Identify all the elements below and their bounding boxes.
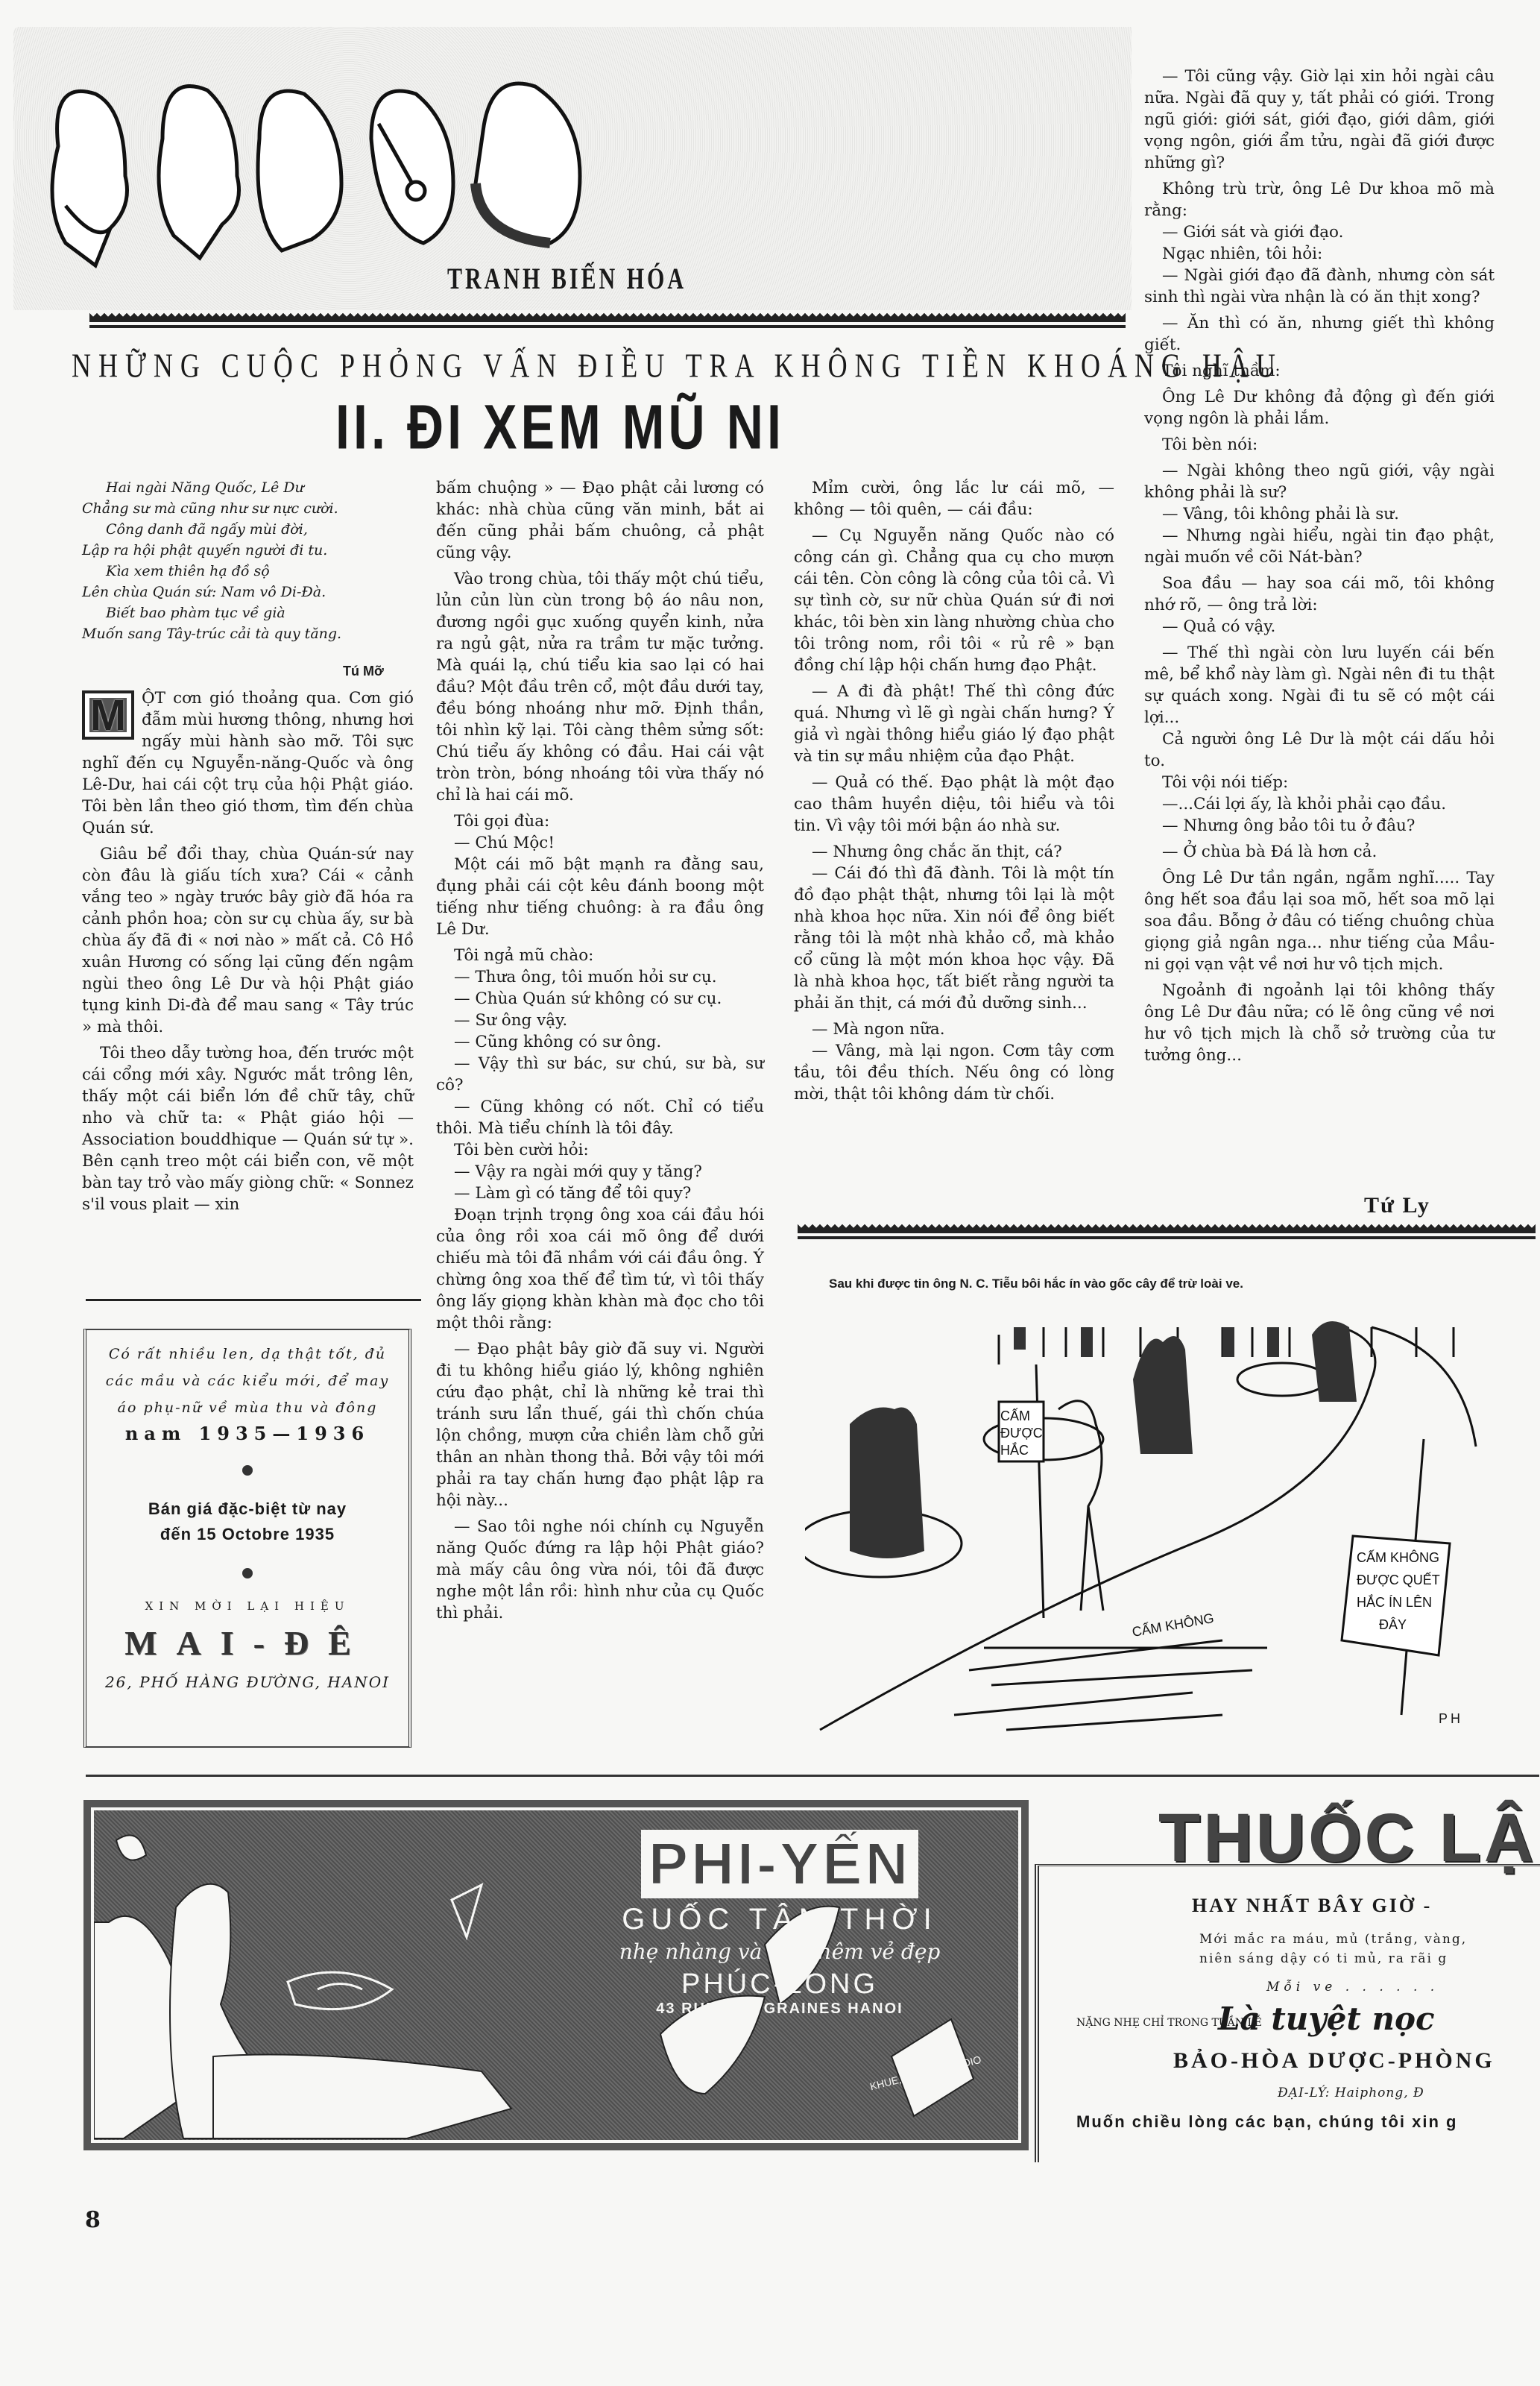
paragraph: Tôi bèn nói: <box>1144 434 1495 456</box>
ad-description: niên sáng dậy có ti mủ, ra rãi g <box>1199 1951 1448 1966</box>
dialogue-line: — Ở chùa bà Đá là hơn cả. <box>1144 841 1495 863</box>
dialogue-line: — A đi đà phật! Thế thì công đức quá. Nh… <box>794 681 1114 767</box>
ad-address: 43 RUE DES GRAINES HANOI <box>571 2001 988 2018</box>
svg-text:HẮC ÍN LÊN: HẮC ÍN LÊN <box>1357 1594 1432 1610</box>
paragraph: Tôi theo dẫy tường hoa, đến trước một cá… <box>82 1042 414 1215</box>
paragraph: Giâu bể đổi thay, chùa Quán-sứ nay còn đ… <box>82 843 414 1038</box>
advertisement-phi-yen: PHI-YẾN GUỐC TÂN THỜI nhẹ nhàng và tôn t… <box>83 1800 1029 2150</box>
dialogue-line: — Vâng, mà lại ngon. Cơm tây cơm tầu, tô… <box>794 1040 1114 1105</box>
poem-line: Biết bao phàm tục về già <box>82 602 403 623</box>
poem-line: Hai ngài Năng Quốc, Lê Dư <box>82 477 403 498</box>
paragraph: Vào trong chùa, tôi thấy một chú tiểu, l… <box>436 568 764 806</box>
article-column-3: Mỉm cười, ông lắc lư cái mõ, — không — t… <box>794 477 1114 1109</box>
paragraph: Không trù trừ, ông Lê Dư khoa mõ mà rằng… <box>1144 178 1495 221</box>
ornament-icon <box>242 1568 253 1578</box>
epigraph-poem: Hai ngài Năng Quốc, Lê Dư Chẳng sư mà cũ… <box>82 477 403 644</box>
page-number: 8 <box>85 2207 101 2233</box>
paragraph: Ngạc nhiên, tôi hỏi: <box>1144 243 1495 265</box>
ad-shop-name: PHÚC-LONG <box>571 1968 988 2001</box>
paragraph: Cả người ông Lê Dư là một cái dấu hỏi to… <box>1144 728 1495 772</box>
paragraph: Đoạn trịnh trọng ông xoa cái đầu hói của… <box>436 1204 764 1334</box>
ad-description: Mới mắc ra máu, mủ (trắng, vàng, <box>1199 1932 1467 1947</box>
poem-author: Tú Mỡ <box>343 664 384 679</box>
dialogue-line: —...Cái lợi ấy, là khỏi phải cạo đầu. <box>1144 793 1495 815</box>
paragraph: Mỉm cười, ông lắc lư cái mõ, — không — t… <box>794 477 1114 520</box>
paragraph: Ông Lê Dư không đả động gì đến giới vọng… <box>1144 386 1495 429</box>
drop-cap: M <box>82 690 134 740</box>
dialogue-line: — Quả có thế. Đạo phật là một đạo cao th… <box>794 772 1114 837</box>
svg-text:ĐƯỢC QUẾT: ĐƯỢC QUẾT <box>1357 1572 1440 1587</box>
paragraph: Tôi gọi đùa: <box>436 810 764 832</box>
dialogue-line: — Làm gì có tăng để tôi quy? <box>436 1183 764 1204</box>
decorative-zigzag-rule <box>798 1223 1536 1233</box>
dialogue-line: — Tôi cũng vậy. Giờ lại xin hỏi ngài câu… <box>1144 66 1495 174</box>
ad-slogan: Là tuyệt nọc <box>1218 2001 1435 2037</box>
dialogue-line: — Sư ông vậy. <box>436 1010 764 1031</box>
hat-transformation-drawing <box>13 57 1132 295</box>
paragraph: Tôi bèn cười hỏi: <box>436 1139 764 1161</box>
divider <box>798 1236 1536 1239</box>
dialogue-line: — Chùa Quán sứ không có sư cụ. <box>436 988 764 1010</box>
ad-text-block: PHI-YẾN GUỐC TÂN THỜI nhẹ nhàng và tôn t… <box>571 1830 988 2018</box>
paragraph: Ông Lê Dư tần ngần, ngẫm nghĩ..... Tay ô… <box>1144 867 1495 975</box>
article-column-2: bấm chuộng » — Đạo phật cải lương có khá… <box>436 477 764 1628</box>
dialogue-line: — Nhưng ông chắc ăn thịt, cá? <box>794 841 1114 863</box>
cartoon-signature: PH <box>1439 1711 1463 1727</box>
dialogue-line: — Sao tôi nghe nói chính cụ Nguyễn năng … <box>436 1516 764 1624</box>
dialogue-line: — Thế thì ngài còn lưu luyến cái bến mê,… <box>1144 642 1495 728</box>
paragraph: bấm chuộng » — Đạo phật cải lương có khá… <box>436 477 764 564</box>
ad-brand-name: MAI-ĐÊ <box>86 1623 408 1663</box>
paragraph: Tôi nghĩ thầm: <box>1144 360 1495 382</box>
paragraph: Tôi ngả mũ chào: <box>436 945 764 966</box>
ad-frame: PHI-YẾN GUỐC TÂN THỜI nhẹ nhàng và tôn t… <box>91 1807 1021 2143</box>
svg-text:ĐƯỢC: ĐƯỢC <box>1000 1426 1043 1441</box>
banner-caption: TRANH BIẾN HÓA <box>447 262 687 297</box>
ad-sale-line: đến 15 Octobre 1935 <box>86 1522 408 1547</box>
dialogue-line: — Đạo phật bây giờ đã suy vi. Người đi t… <box>436 1338 764 1511</box>
divider <box>89 325 1126 328</box>
sign-text: CẤM <box>1000 1408 1030 1423</box>
dialogue-line: — Mà ngon nữa. <box>794 1019 1114 1040</box>
dialogue-line: — Ngài không theo ngũ giới, vậy ngài khô… <box>1144 460 1495 503</box>
ornament-icon <box>242 1465 253 1476</box>
dialogue-line: — Giới sát và giới đạo. <box>1144 221 1495 243</box>
poem-line: Chẳng sư mà cũng như sư nực cười. <box>82 498 403 519</box>
dialogue-line: — Vậy ra ngài mới quy y tăng? <box>436 1161 764 1183</box>
ad-title: THUỐC LẬU <box>1158 1799 1540 1877</box>
paragraph: Một cái mõ bật mạnh ra đằng sau, đụng ph… <box>436 854 764 940</box>
ad-footer: Muốn chiều lòng các bạn, chúng tôi xin g <box>1076 2112 1457 2132</box>
dialogue-line: — Vâng, tôi không phải là sư. <box>1144 503 1495 525</box>
cartoon-caption: Sau khi được tin ông N. C. Tiễu bôi hắc … <box>829 1277 1243 1291</box>
paragraph: Ngoảnh đi ngoảnh lại tôi không thấy ông … <box>1144 980 1495 1066</box>
cartoon-illustration: CẤM ĐƯỢC HẮC CẤM KHÔNG ĐƯỢC QUẾT HẮC ÍN … <box>805 1297 1536 1745</box>
series-title: NHỮNG CUỘC PHỎNG VẤN ĐIỀU TRA KHÔNG TIỀN… <box>72 346 1130 385</box>
ad-years: nam 1935—1936 <box>86 1423 408 1444</box>
dialogue-line: — Cũng không có sư ông. <box>436 1031 764 1053</box>
dialogue-line: — Chú Mộc! <box>436 832 764 854</box>
ad-price-line: Mỗi ve . . . . . . <box>1266 1980 1439 1995</box>
article-byline: Tứ Ly <box>1364 1193 1430 1218</box>
paragraph: Tôi vội nói tiếp: <box>1144 772 1495 793</box>
dialogue-line: — Ăn thì có ăn, nhưng giết thì không giế… <box>1144 312 1495 356</box>
decorative-zigzag-rule <box>89 312 1126 322</box>
dialogue-line: — Quả có vậy. <box>1144 616 1495 638</box>
svg-text:CẤM KHÔNG: CẤM KHÔNG <box>1357 1549 1439 1565</box>
ad-subtitle: GUỐC TÂN THỜI <box>571 1903 988 1936</box>
ad-intro-text: Có rất nhiều len, dạ thật tốt, đủ các mầ… <box>86 1341 408 1421</box>
poem-line: Muốn sang Tây-trúc cải tà quy tăng. <box>82 623 403 644</box>
svg-text:HẮC: HẮC <box>1000 1442 1029 1458</box>
advertisement-mai-de: Có rất nhiều len, dạ thật tốt, đủ các mầ… <box>83 1329 411 1748</box>
dialogue-line: — Cụ Nguyễn năng Quốc nào có công cán gì… <box>794 525 1114 676</box>
ad-agents: ĐẠI-LÝ: Haiphong, Đ <box>1278 2086 1424 2100</box>
dialogue-line: — Thưa ông, tôi muốn hỏi sư cụ. <box>436 966 764 988</box>
dialogue-line: — Nhưng ngài hiểu, ngài tin đạo phật, ng… <box>1144 525 1495 568</box>
dialogue-line: — Nhưng ông bảo tôi tu ở đâu? <box>1144 815 1495 837</box>
ad-pharmacy-name: BẢO-HÒA DƯỢC-PHÒNG <box>1173 2048 1495 2074</box>
ad-headline: HAY NHẤT BÂY GIỜ - <box>1192 1895 1432 1917</box>
ad-brand-name: PHI-YẾN <box>641 1830 919 1898</box>
ad-address: 26, PHỐ HÀNG ĐƯỜNG, HANOI <box>86 1673 408 1691</box>
article-column-1: MỘT cơn gió thoảng qua. Cơn gió đẫm mùi … <box>82 687 414 1220</box>
ad-invitation: XIN MỜI LẠI HIỆU <box>86 1599 408 1613</box>
svg-text:ĐÂY: ĐÂY <box>1379 1617 1407 1632</box>
dialogue-line: — Cái đó thì đã đành. Tôi là một tín đồ … <box>794 863 1114 1014</box>
poem-line: Công danh đã ngấy mùi đời, <box>82 519 403 540</box>
dialogue-line: — Cũng không có nốt. Chỉ có tiểu thôi. M… <box>436 1096 764 1139</box>
article-column-4: — Tôi cũng vậy. Giờ lại xin hỏi ngài câu… <box>1144 66 1495 1071</box>
dialogue-line: — Vậy thì sư bác, sư chú, sư bà, sư cô? <box>436 1053 764 1096</box>
article-headline: II. ĐI XEM MŨ NI <box>335 391 817 464</box>
ad-tagline: nhẹ nhàng và tôn thêm vẻ đẹp <box>571 1939 988 1964</box>
ad-sale-line: Bán giá đặc-biệt từ nay <box>86 1496 408 1522</box>
dialogue-line: — Ngài giới đạo đã đành, nhưng còn sát s… <box>1144 265 1495 308</box>
poem-line: Kìa xem thiên hạ đồ sộ <box>82 561 403 582</box>
svg-text:CẤM KHÔNG: CẤM KHÔNG <box>1131 1610 1215 1640</box>
advertisement-thuoc-lau: THUỐC LẬU HAY NHẤT BÂY GIỜ - Mới mắc ra … <box>1035 1864 1540 2162</box>
poem-line: Lên chùa Quán sứ: Nam vô Di-Đà. <box>82 582 403 602</box>
divider <box>86 1299 421 1301</box>
section-divider <box>86 1775 1539 1777</box>
poem-line: Lập ra hội phật quyến người đi tu. <box>82 540 403 561</box>
paragraph: Soa đầu — hay soa cái mõ, tôi không nhớ … <box>1144 573 1495 616</box>
